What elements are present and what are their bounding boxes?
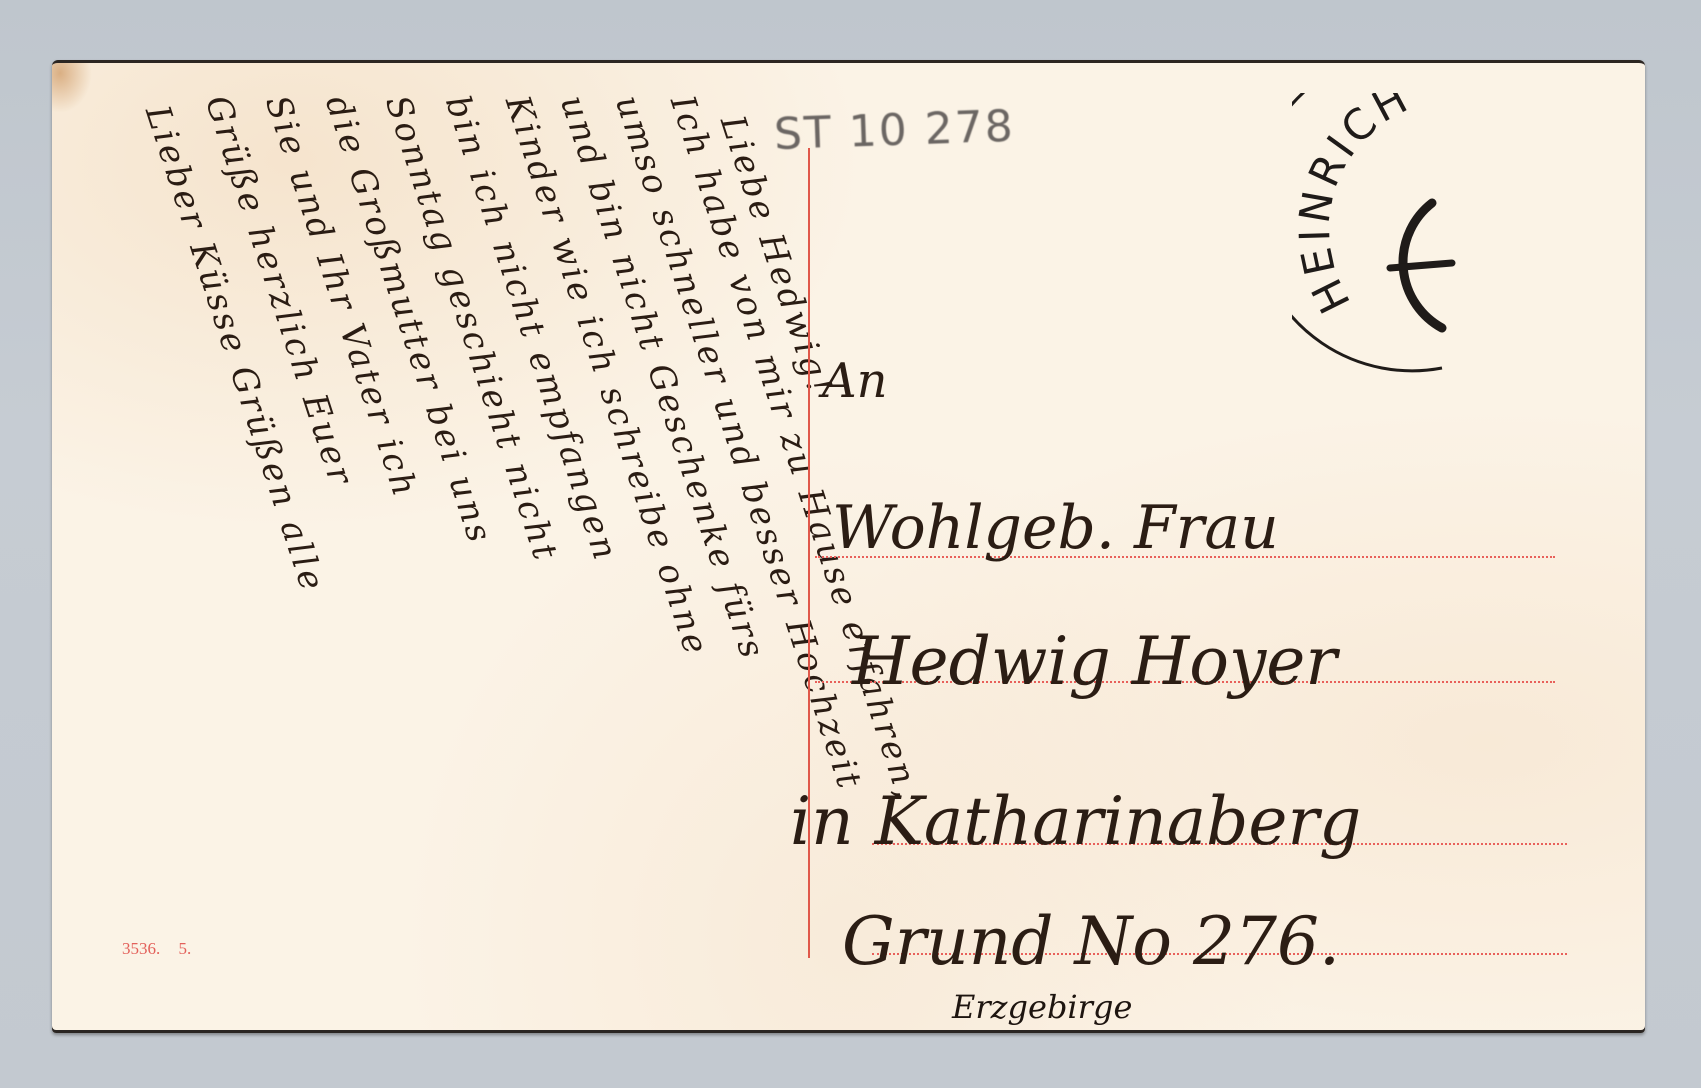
printer-series: 3536. <box>122 939 160 958</box>
svg-text:HEINRICH: HEINRICH <box>1292 93 1419 321</box>
address-name: Hedwig Hoyer <box>852 623 1337 700</box>
postmark-icon: HEINRICH <box>1292 93 1622 393</box>
address-town: in Katharinaberg <box>790 783 1361 860</box>
message-area: Liebe Hedwig! Ich habe von mir zu Hause … <box>62 83 782 1023</box>
address-salutation: An <box>822 353 888 409</box>
address-house: Grund No 276. <box>842 903 1340 980</box>
postmark: HEINRICH <box>1292 93 1622 393</box>
address-title: Wohlgeb. Frau <box>832 493 1279 563</box>
archive-number: ST 10 278 <box>773 101 1015 160</box>
printer-code: 3536. 5. <box>122 939 191 959</box>
address-region: Erzgebirge <box>952 988 1132 1026</box>
printer-number: 5. <box>179 939 192 958</box>
postcard: ​ Liebe Hedwig! Ich habe von mir zu Haus… <box>52 60 1645 1033</box>
